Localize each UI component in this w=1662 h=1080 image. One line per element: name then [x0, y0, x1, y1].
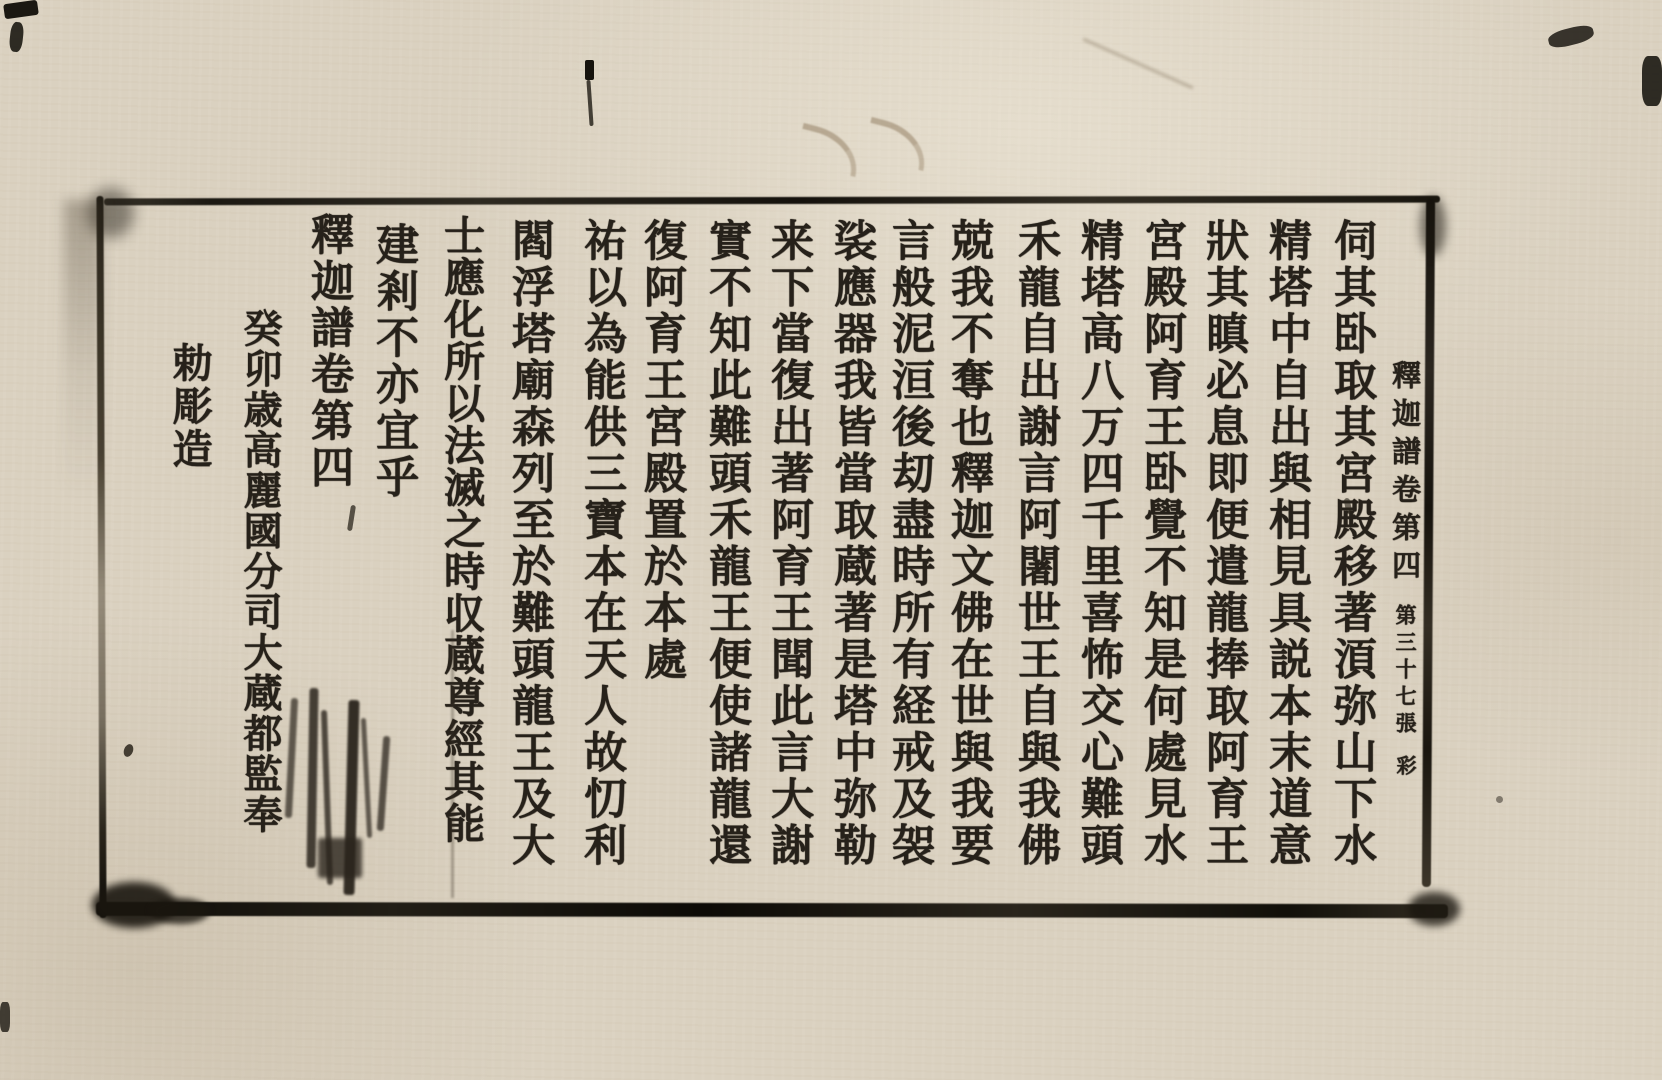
paper-crease — [1083, 38, 1194, 90]
ink-blot — [150, 898, 210, 924]
text-column-10: 来下當復出著阿育王聞此言大謝 — [767, 218, 810, 869]
ink-smudge-cluster — [288, 688, 418, 898]
edge-ink-mark — [3, 0, 39, 19]
folio-title: 釋迦譜卷第四第三十七張彩 — [1390, 360, 1419, 784]
text-column-7: 兢我不奪也釋迦文佛在世與我要 — [947, 218, 990, 869]
ink-smear — [64, 200, 102, 500]
text-column-13: 祐以為能供三寶本在天人故忉利 — [580, 218, 623, 869]
text-column-8: 言般泥洹後刧盡時所有経戒及袈 — [888, 218, 931, 869]
ghost-ink-mark — [794, 123, 865, 177]
block-border-bottom — [96, 902, 1448, 918]
ink-drip — [586, 80, 593, 126]
text-column-5: 精塔高八万四千里喜怖交心難頭 — [1077, 218, 1120, 869]
ink-spot — [1496, 796, 1503, 803]
manuscript-page: 釋迦譜卷第四第三十七張彩 伺其卧取其宮殿移著湏弥山下水 精塔中自出與相見具説本末… — [0, 0, 1662, 1080]
ink-blot — [1420, 196, 1446, 256]
folio-sheet-number: 第三十七張 — [1393, 604, 1418, 739]
text-column-11: 實不知此難頭禾龍王便使諸龍還 — [705, 218, 748, 869]
folio-case-mark: 彩 — [1393, 755, 1417, 784]
text-column-2: 精塔中自出與相見具説本末道意 — [1265, 218, 1308, 869]
edge-ink-mark — [1547, 23, 1596, 51]
text-column-1: 伺其卧取其宮殿移著湏弥山下水 — [1330, 218, 1373, 869]
folio-work-title: 釋迦譜卷第四 — [1388, 360, 1422, 588]
colophon-edict-line: 勅彫造 — [169, 342, 209, 471]
end-title: 釋迦譜卷第四 — [307, 212, 350, 491]
faint-column-rule — [451, 630, 454, 898]
text-column-12: 復阿育王宮殿置於本處 — [640, 218, 683, 683]
edge-ink-mark — [0, 1002, 10, 1032]
text-column-6: 禾龍自出謝言阿闍世王自與我佛 — [1014, 218, 1057, 869]
text-column-9: 裟應器我皆當取蔵著是塔中弥勒 — [830, 218, 873, 869]
text-column-16: 建剎不亦宜乎 — [372, 222, 415, 501]
text-column-3: 狀其瞋必息即便遣龍捧取阿育王 — [1202, 218, 1245, 869]
ink-spot — [122, 743, 135, 758]
ink-drip — [585, 60, 594, 80]
block-border-top — [104, 196, 1440, 206]
ink-spot — [347, 505, 356, 531]
edge-ink-mark — [1642, 56, 1662, 106]
text-column-15: 士應化所以法滅之時収蔵尊經其能 — [440, 214, 481, 844]
edge-ink-mark — [8, 21, 24, 52]
text-column-14: 閻浮塔廟森列至於難頭龍王及大 — [508, 218, 551, 869]
ink-blot — [1408, 892, 1460, 926]
colophon-date-line: 癸卯歳高麗國分司大蔵都監奉 — [240, 308, 279, 835]
block-border-right — [1422, 199, 1435, 887]
ghost-ink-mark — [862, 117, 933, 171]
text-column-4: 宮殿阿育王卧覺不知是何處見水 — [1140, 218, 1183, 869]
